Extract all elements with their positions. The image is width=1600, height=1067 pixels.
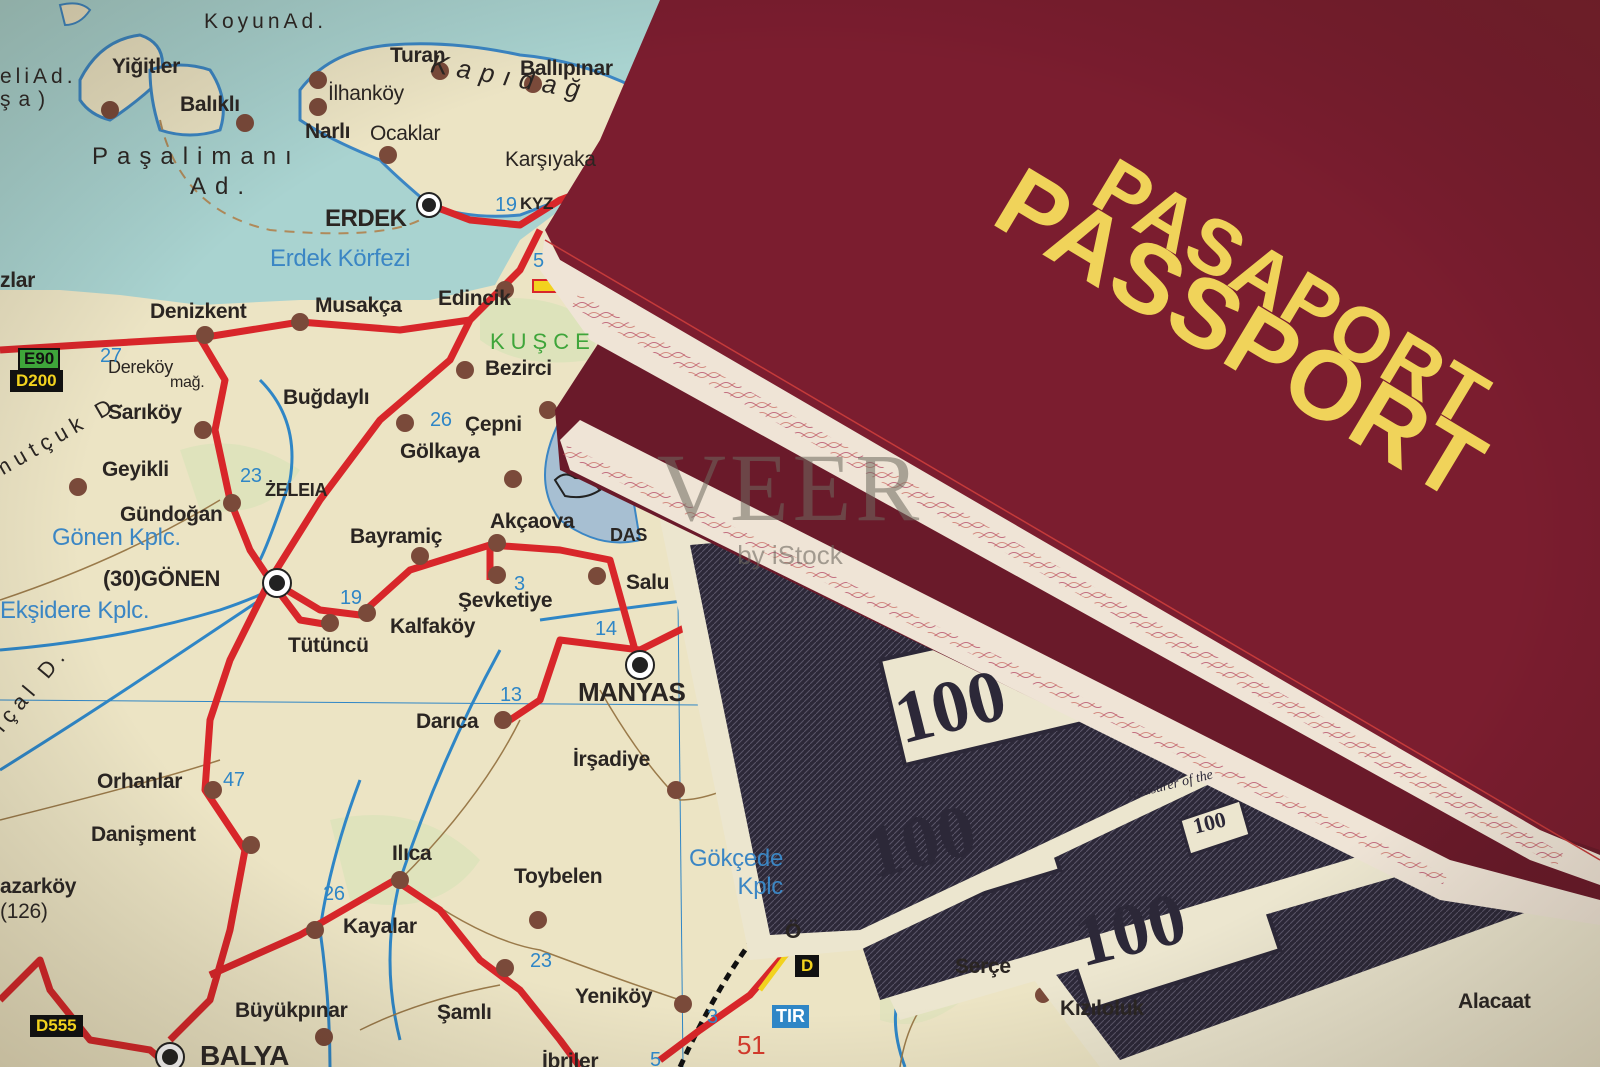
road-number: 14: [595, 618, 617, 641]
map-label: Tütüncü: [288, 634, 369, 658]
map-label: Darıca: [416, 710, 478, 734]
map-label: Buğdaylı: [283, 386, 369, 410]
map-label: Erdek Körfezi: [270, 245, 410, 273]
map-label: Alacaat: [1458, 990, 1531, 1014]
map-label: (126): [0, 900, 48, 924]
map-label: Ocaklar: [370, 122, 440, 146]
map-label: Ballıpınar: [520, 57, 613, 81]
map-label: Musakça: [315, 294, 402, 318]
map-label: Gökçede Kplc: [643, 845, 783, 901]
map-label: Ekşidere Kplc.: [0, 597, 149, 625]
map-label: Karşıyaka: [505, 148, 596, 172]
map-label: azarköy: [0, 875, 76, 899]
map-label: İbriler: [542, 1050, 598, 1067]
map-label: Balıklı: [180, 93, 240, 117]
map-label: eliAd.: [0, 65, 77, 89]
map-label: mağ.: [170, 374, 204, 392]
map-label: Ilıca: [392, 842, 431, 866]
road-number: 23: [240, 465, 262, 488]
road-number: 27: [100, 345, 122, 368]
road-shield-d: D: [795, 955, 819, 977]
map-label: Kayalar: [343, 915, 417, 939]
tir-sign: TIR: [772, 1005, 809, 1028]
map-label: Yeniköy: [575, 985, 652, 1009]
map-label: Salu: [626, 571, 669, 595]
map-label: MANYAS: [578, 677, 685, 708]
road-number: 47: [223, 769, 245, 792]
map-label: Serçe: [955, 955, 1011, 979]
map-label: KYZ: [520, 194, 553, 214]
route-number: 51: [737, 1030, 765, 1061]
map-label: BALYA: [200, 1040, 289, 1067]
map-label: ERDEK: [325, 205, 407, 233]
map-label: Büyükpınar: [235, 999, 348, 1023]
map-label: Orhanlar: [97, 770, 182, 794]
map-label: Ö: [785, 920, 801, 944]
map-label: Geyikli: [102, 458, 169, 482]
map-label: Denizkent: [150, 300, 247, 324]
road-shield-e90: E90: [18, 348, 60, 370]
map-label: Kalfaköy: [390, 615, 475, 639]
road-number: 23: [530, 950, 552, 973]
map-label: Gölkaya: [400, 440, 480, 464]
road-number: 3: [514, 573, 525, 596]
map-label: Kızıloluk: [1060, 997, 1144, 1021]
map-label: zlar: [0, 269, 35, 293]
map-label: (30)GÖNEN: [103, 566, 220, 592]
map-label: DAS: [610, 525, 647, 546]
photo-scene: PASAPORT PASSPORT 100 100 Treasurer of t…: [0, 0, 1600, 1067]
map-label: Bezirci: [485, 357, 552, 381]
map-label: şa): [0, 88, 53, 112]
road-number: 19: [340, 587, 362, 610]
map-label: Akçaova: [490, 510, 574, 534]
map-label: Danişment: [91, 823, 196, 847]
map-label: Şevketiye: [458, 589, 552, 613]
map-label: Yiğitler: [112, 55, 180, 79]
map-label: KoyunAd.: [204, 10, 327, 34]
map-label: Şamlı: [437, 1001, 492, 1025]
road-number: 26: [430, 409, 452, 432]
map-label: Paşalimanı: [92, 143, 301, 171]
map-label: İrşadiye: [573, 748, 650, 772]
map-label: Gönen Kplc.: [52, 524, 181, 552]
map-label: Toybelen: [514, 865, 602, 889]
map-label: Çepni: [465, 413, 522, 437]
map-label: KUŞCE: [490, 329, 596, 355]
road-number: 26: [323, 883, 345, 906]
map-label: Ad.: [190, 173, 253, 201]
road-number: 19: [495, 194, 517, 217]
map-label: Narlı: [305, 120, 350, 144]
map-label: İlhanköy: [328, 82, 404, 106]
map-label: Bayramiç: [350, 525, 442, 549]
map-label: ŻELEIA: [265, 480, 327, 501]
road-number: 13: [500, 684, 522, 707]
road-number: 5: [650, 1049, 661, 1067]
road-number: 3: [707, 1006, 718, 1029]
road-shield-d555: D555: [30, 1015, 83, 1037]
road-number: 5: [533, 250, 544, 273]
map-label: Edincik: [438, 287, 511, 311]
road-shield-d200: D200: [10, 370, 63, 392]
